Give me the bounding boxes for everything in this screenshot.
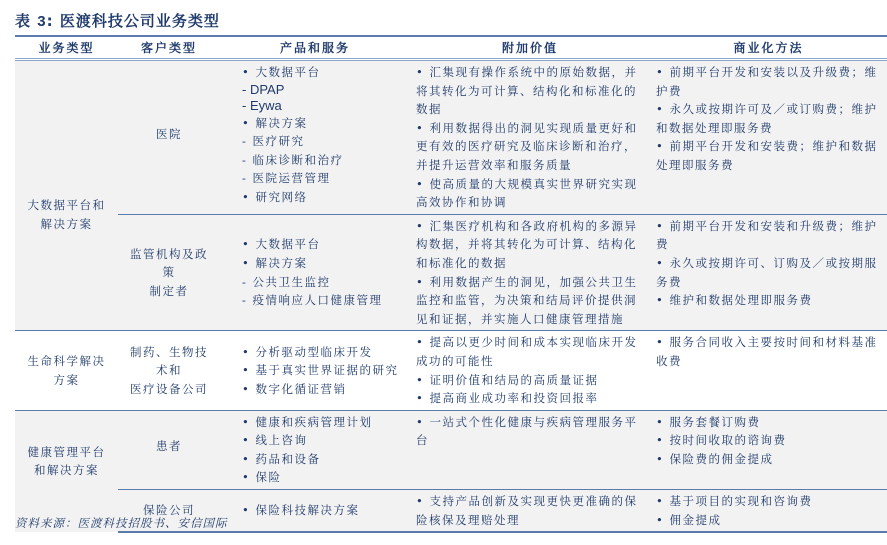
product-item: 研究网络	[242, 188, 404, 207]
business-type-line: 生命科学解决	[21, 352, 112, 371]
business-type-line: 健康管理平台	[21, 443, 112, 462]
monetization-item: 按时间收取的谘询费	[656, 431, 881, 450]
product-item: 公共卫生监控	[242, 273, 404, 292]
product-item: 大数据平台	[242, 63, 404, 82]
customer-cell: 制药、生物技术和 医疗设备公司	[118, 331, 220, 410]
customer-line: 制药、生物技术和	[124, 343, 214, 380]
products-cell: 大数据平台 DPAP Eywa 解决方案 医疗研究 临床诊断和治疗 医院运营管理…	[220, 60, 410, 215]
header-monetization: 商业化方法	[650, 36, 887, 60]
header-value-added: 附加价值	[410, 36, 650, 60]
customer-line: 监管机构及政策	[124, 245, 214, 282]
monetization-item: 前期平台开发和安装费；维护和数据处理即服务费	[656, 137, 881, 174]
monetization-item: 基于项目的实现和咨询费	[656, 492, 881, 511]
value-added-item: 支持产品创新及实现更快更准确的保险核保及理赔处理	[416, 492, 644, 529]
product-item: 基于真实世界证据的研究	[242, 361, 404, 380]
product-item: 保险	[242, 468, 404, 487]
header-row: 业务类型 客户类型 产品和服务 附加价值 商业化方法	[15, 36, 887, 60]
product-item: 线上咨询	[242, 431, 404, 450]
product-item: 医院运营管理	[242, 169, 404, 188]
customer-cell: 患者	[118, 410, 220, 489]
table-title-prefix: 表	[15, 12, 31, 30]
business-types-table: 业务类型 客户类型 产品和服务 附加价值 商业化方法 大数据平台和 解决方案 医…	[15, 35, 887, 533]
table-title-text: : 医渡科技公司业务类型	[47, 12, 220, 30]
customer-cell: 医院	[118, 60, 220, 215]
product-item: 解决方案	[242, 114, 404, 133]
value-added-cell: 汇集医疗机构和各政府机构的多源异构数据，并将其转化为可计算、结构化和标准化的数据…	[410, 214, 650, 331]
business-type-cell: 健康管理平台 和解决方案	[15, 410, 118, 532]
value-added-cell: 汇集现有操作系统中的原始数据，并将其转化为可计算、结构化和标准化的数据 利用数据…	[410, 60, 650, 215]
value-added-item: 汇集现有操作系统中的原始数据，并将其转化为可计算、结构化和标准化的数据	[416, 63, 644, 119]
product-item: 疫情响应人口健康管理	[242, 291, 404, 310]
header-customer-type: 客户类型	[118, 36, 220, 60]
product-item: 健康和疾病管理计划	[242, 413, 404, 432]
product-item: 保险科技解决方案	[242, 501, 404, 520]
products-cell: 大数据平台 解决方案 公共卫生监控 疫情响应人口健康管理	[220, 214, 410, 331]
monetization-item: 服务合同收入主要按时间和材料基准收费	[656, 333, 881, 370]
value-added-item: 使高质量的大规模真实世界研究实现高效协作和协调	[416, 175, 644, 212]
table-row: 健康管理平台 和解决方案 患者 健康和疾病管理计划 线上咨询 药品和设备 保险 …	[15, 410, 887, 489]
business-type-line: 大数据平台和	[21, 196, 112, 215]
value-added-item: 利用数据得出的洞见实现质量更好和更有效的医疗研究及临床诊断和治疗，并提升运营效率…	[416, 119, 644, 175]
monetization-item: 服务套餐订购费	[656, 413, 881, 432]
monetization-item: 前期平台开发和安装和升级费；维护费	[656, 217, 881, 254]
value-added-item: 证明价值和结局的高质量证据	[416, 371, 644, 390]
monetization-cell: 前期平台开发和安装和升级费；维护费 永久或按期许可、订购及／或按期服务费 维护和…	[650, 214, 887, 331]
business-type-line: 解决方案	[21, 215, 112, 234]
product-item: 数字化循证营销	[242, 380, 404, 399]
customer-line: 制定者	[124, 282, 214, 301]
product-item: Eywa	[242, 98, 404, 114]
customer-line: 医疗设备公司	[124, 380, 214, 399]
value-added-cell: 提高以更少时间和成本实现临床开发成功的可能性 证明价值和结局的高质量证据 提高商…	[410, 331, 650, 410]
value-added-item: 提高以更少时间和成本实现临床开发成功的可能性	[416, 333, 644, 370]
monetization-item: 维护和数据处理即服务费	[656, 291, 881, 310]
header-business-type: 业务类型	[15, 36, 118, 60]
product-item: 临床诊断和治疗	[242, 151, 404, 170]
monetization-item: 保险费的佣金提成	[656, 450, 881, 469]
products-cell: 健康和疾病管理计划 线上咨询 药品和设备 保险	[220, 410, 410, 489]
product-item: DPAP	[242, 82, 404, 98]
products-cell: 保险科技解决方案	[220, 490, 410, 533]
business-type-cell: 生命科学解决 方案	[15, 331, 118, 410]
customer-line: 患者	[124, 437, 214, 456]
monetization-cell: 服务套餐订购费 按时间收取的谘询费 保险费的佣金提成	[650, 410, 887, 489]
monetization-item: 佣金提成	[656, 511, 881, 530]
monetization-item: 永久或按期许可、订购及／或按期服务费	[656, 254, 881, 291]
value-added-item: 汇集医疗机构和各政府机构的多源异构数据，并将其转化为可计算、结构化和标准化的数据	[416, 217, 644, 273]
table-row: 监管机构及政策 制定者 大数据平台 解决方案 公共卫生监控 疫情响应人口健康管理…	[15, 214, 887, 331]
table-title: 表 3: 医渡科技公司业务类型	[15, 10, 220, 31]
monetization-item: 前期平台开发和安装以及升级费；维护费	[656, 63, 881, 100]
business-type-cell: 大数据平台和 解决方案	[15, 60, 118, 331]
business-type-line: 方案	[21, 371, 112, 390]
monetization-cell: 服务合同收入主要按时间和材料基准收费	[650, 331, 887, 410]
products-cell: 分析驱动型临床开发 基于真实世界证据的研究 数字化循证营销	[220, 331, 410, 410]
table-title-number: 3	[37, 13, 46, 30]
value-added-cell: 一站式个性化健康与疾病管理服务平台	[410, 410, 650, 489]
product-item: 医疗研究	[242, 132, 404, 151]
product-item: 大数据平台	[242, 235, 404, 254]
table-row: 生命科学解决 方案 制药、生物技术和 医疗设备公司 分析驱动型临床开发 基于真实…	[15, 331, 887, 410]
value-added-item: 利用数据产生的洞见，加强公共卫生监控和监管，为决策和结局评价提供洞见和证据，并实…	[416, 273, 644, 329]
monetization-item: 永久或按期许可及／或订购费；维护和数据处理即服务费	[656, 100, 881, 137]
product-item: 药品和设备	[242, 450, 404, 469]
product-item: 解决方案	[242, 254, 404, 273]
value-added-cell: 支持产品创新及实现更快更准确的保险核保及理赔处理	[410, 490, 650, 533]
value-added-item: 一站式个性化健康与疾病管理服务平台	[416, 413, 644, 450]
source-note: 资料来源：医渡科技招股书、安信国际	[15, 515, 228, 531]
product-item: 分析驱动型临床开发	[242, 343, 404, 362]
monetization-cell: 前期平台开发和安装以及升级费；维护费 永久或按期许可及／或订购费；维护和数据处理…	[650, 60, 887, 215]
monetization-cell: 基于项目的实现和咨询费 佣金提成	[650, 490, 887, 533]
table-row: 大数据平台和 解决方案 医院 大数据平台 DPAP Eywa 解决方案 医疗研究…	[15, 60, 887, 215]
header-products-services: 产品和服务	[220, 36, 410, 60]
value-added-item: 提高商业成功率和投资回报率	[416, 389, 644, 408]
business-type-line: 和解决方案	[21, 461, 112, 480]
customer-line: 医院	[124, 125, 214, 144]
customer-cell: 监管机构及政策 制定者	[118, 214, 220, 331]
